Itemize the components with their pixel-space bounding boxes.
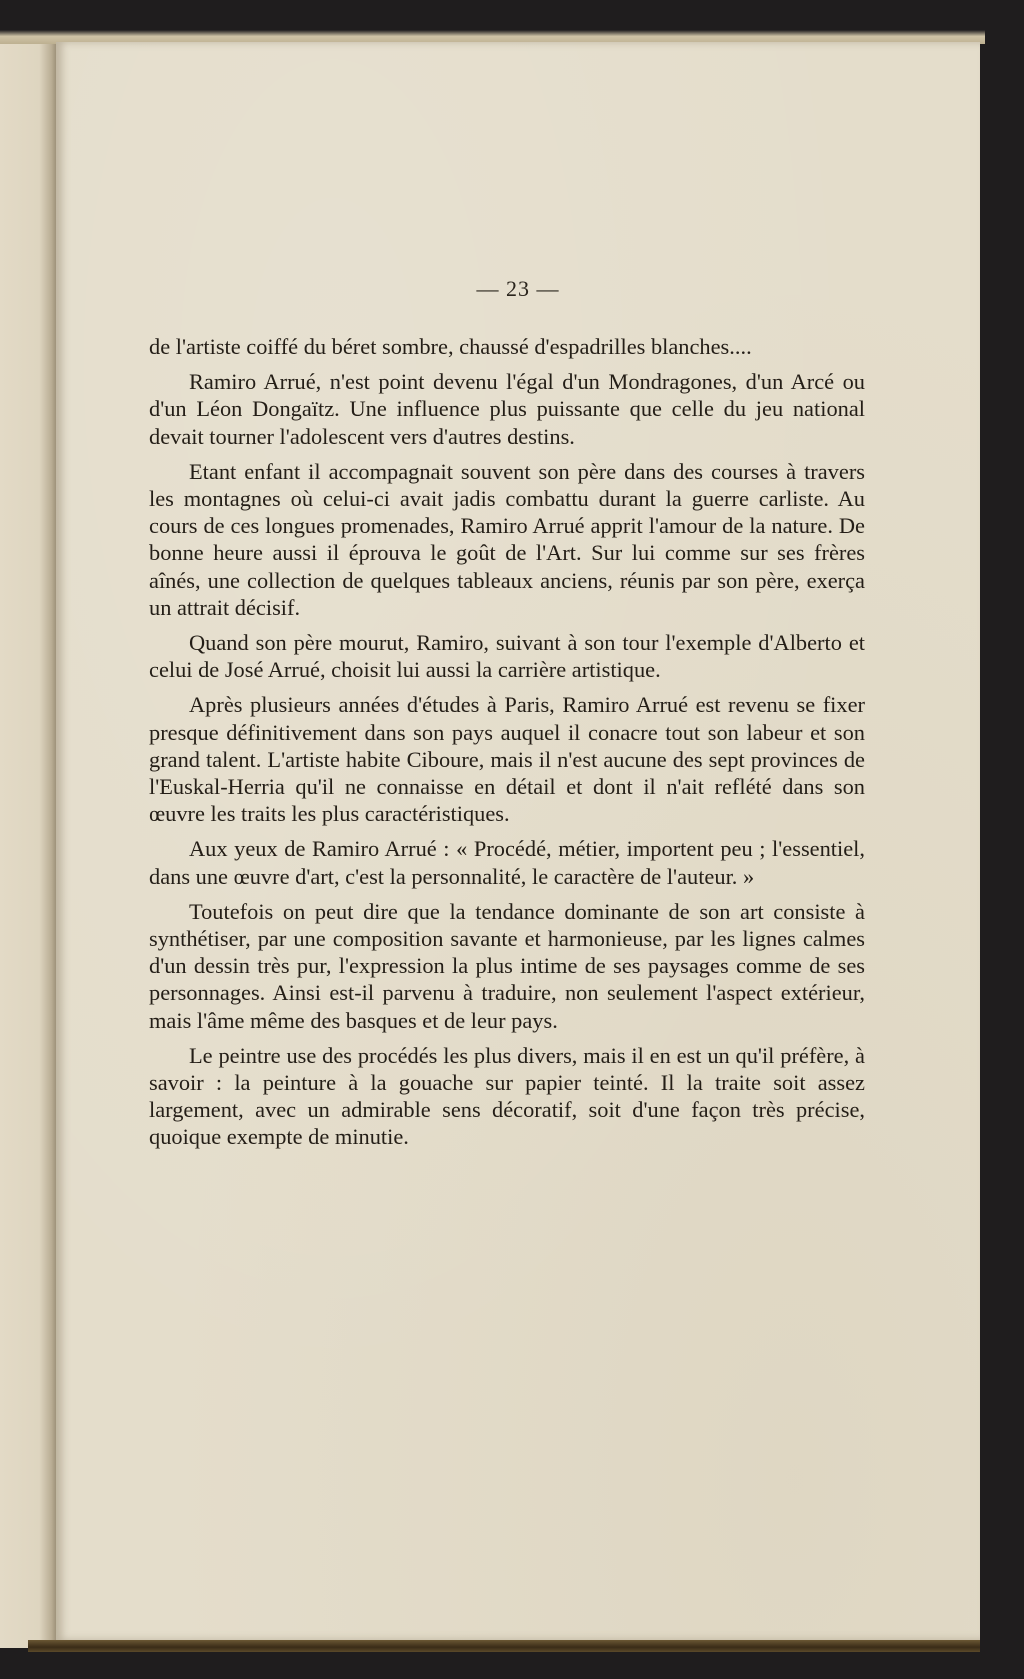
body-text: de l'artiste coiffé du béret sombre, cha… (149, 333, 865, 1159)
paragraph-6: Aux yeux de Ramiro Arrué : « Procédé, mé… (149, 835, 865, 889)
previous-page-edge (0, 40, 56, 1648)
paragraph-1: de l'artiste coiffé du béret sombre, cha… (149, 333, 865, 360)
page-bottom-edge (28, 1640, 980, 1652)
paragraph-4: Quand son père mourut, Ramiro, suivant à… (149, 629, 865, 683)
page-number: — 23 — (56, 276, 980, 302)
paragraph-3: Etant enfant il accompagnait souvent son… (149, 458, 865, 621)
paragraph-7: Toutefois on peut dire que la tendance d… (149, 898, 865, 1034)
book-page: — 23 — de l'artiste coiffé du béret somb… (56, 42, 980, 1640)
paragraph-8: Le peintre use des procédés les plus div… (149, 1042, 865, 1151)
paragraph-2: Ramiro Arrué, n'est point devenu l'égal … (149, 368, 865, 450)
paragraph-5: Après plusieurs années d'études à Paris,… (149, 691, 865, 827)
